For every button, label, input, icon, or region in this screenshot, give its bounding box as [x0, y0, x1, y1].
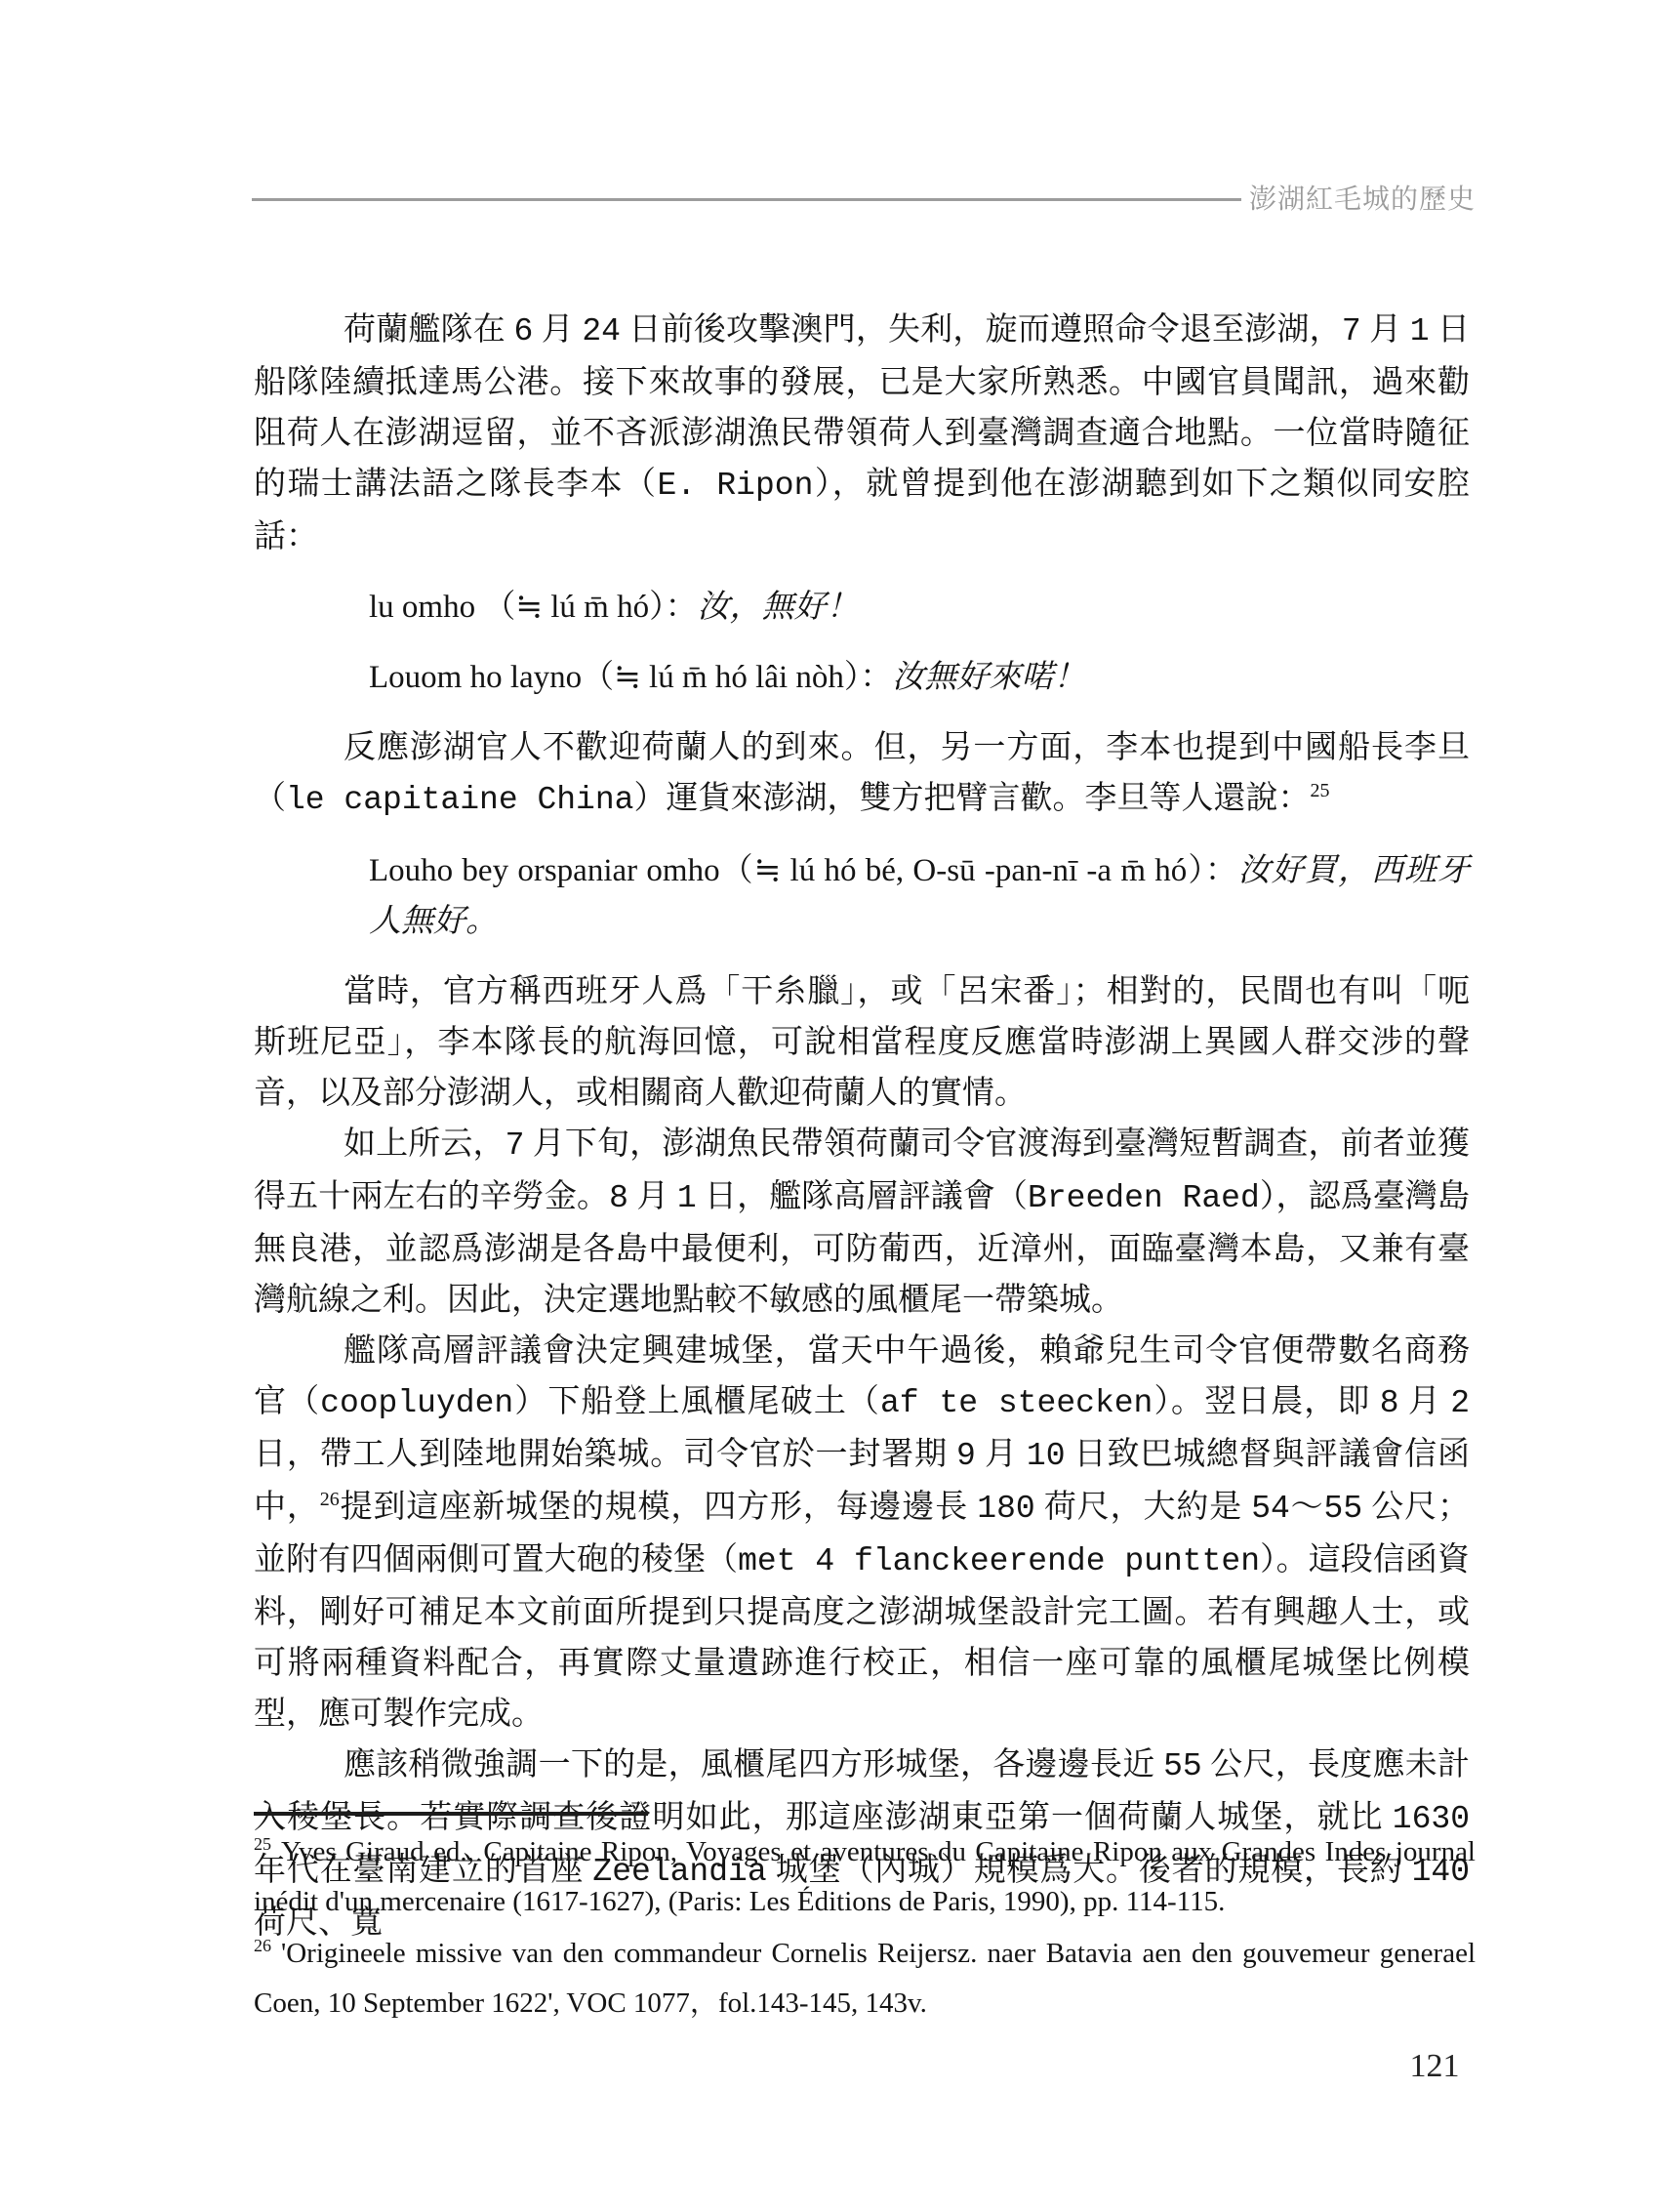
quote-line: lu omho （≒ lú m̄ hó）：汝，無好！ — [254, 582, 1470, 633]
footnote-number: 25 — [254, 1834, 271, 1854]
running-head-title: 澎湖紅毛城的歷史 — [1230, 178, 1476, 217]
text-run: 日，艦隊高層評議會（ — [697, 1179, 1028, 1214]
text-run: af te steecken — [880, 1385, 1153, 1421]
text-run: 提到這座新城堡的規模，四方形，每邊邊長 — [340, 1490, 978, 1525]
footnotes: 25Yves Giraud ed., Capitaine Ripon, Voya… — [254, 1827, 1476, 2030]
text-run: Louho bey orspaniar omho — [369, 853, 720, 888]
text-run: 9 — [956, 1438, 976, 1474]
text-run: E. Ripon — [657, 468, 813, 504]
text-run: （ — [582, 660, 614, 695]
text-run: Breeden Raed — [1028, 1180, 1260, 1216]
text-run: ）。翌日晨，即 — [1153, 1384, 1379, 1419]
text-run: le capitaine China — [286, 782, 633, 818]
text-run: 7 — [1342, 313, 1361, 349]
running-head-rule — [252, 198, 1241, 201]
text-run: 2 — [1450, 1385, 1470, 1421]
text-run: 荷尺，大約是 — [1035, 1490, 1251, 1525]
text-run: 月 — [628, 1179, 677, 1214]
text-run: 月 — [1399, 1384, 1451, 1419]
text-run: 月 — [1361, 312, 1410, 348]
text-run: 當時，官方稱西班牙人爲「干糸臘」，或「呂宋番」；相對的，民間也有叫「呃斯班尼亞」… — [254, 974, 1470, 1111]
text-run: ）： — [1187, 853, 1238, 888]
paragraph: 艦隊高層評議會決定興建城堡，當天中午過後，賴爺兒生司令官便帶數名商務官（coop… — [254, 1326, 1470, 1740]
text-run: 應該稍微強調一下的是，風櫃尾四方形城堡，各邊邊長近 — [344, 1747, 1163, 1782]
text-run: 月 — [976, 1437, 1027, 1472]
quote-line: Louom ho layno（≒ lú m̄ hó lâi nòh）：汝無好來喏… — [254, 652, 1470, 703]
footnote: 26'Origineele missive van den commandeur… — [254, 1929, 1476, 2028]
text-run: 10 — [1027, 1438, 1066, 1474]
text-run: Yves Giraud ed., Capitaine Ripon, Voyage… — [254, 1836, 1476, 1917]
text-run: 55 — [1163, 1748, 1202, 1784]
text-run: 25 — [1310, 780, 1329, 801]
text-run: 54 — [1251, 1491, 1290, 1527]
text-run: ）下船登上風櫃尾破土（ — [513, 1384, 880, 1419]
text-run: 180 — [977, 1491, 1034, 1527]
text-run: 汝，無好！ — [698, 590, 859, 625]
text-run: 8 — [609, 1180, 628, 1216]
text-run: 如上所云， — [344, 1126, 506, 1162]
footnote-number: 26 — [254, 1936, 271, 1955]
text-run: ≒ lú m̄ hó lâi nòh — [614, 660, 844, 695]
text-run: ， — [690, 1987, 718, 2019]
text-run: ）： — [649, 590, 698, 625]
text-run: 日，帶工人到陸地開始築城。司令官於一封署期 — [254, 1437, 956, 1472]
text-run: ）： — [844, 660, 893, 695]
text-run: ）運貨來澎湖，雙方把臂言歡。李旦等人還說： — [633, 781, 1310, 816]
text-run: 荷蘭艦隊在 — [344, 312, 513, 348]
text-run: ≒ lú hó bé, O-sū -pan-nī -a m̄ hó — [754, 853, 1188, 888]
footnote-separator — [254, 1812, 648, 1816]
text-run: fol.143-145, 143v. — [718, 1987, 927, 2019]
text-run: 月 — [533, 312, 582, 348]
text-run: 8 — [1380, 1385, 1399, 1421]
paragraph: 如上所云，7 月下旬，澎湖魚民帶領荷蘭司令官渡海到臺灣短暫調查，前者並獲得五十兩… — [254, 1119, 1470, 1326]
book-page: 澎湖紅毛城的歷史 荷蘭艦隊在 6 月 24 日前後攻擊澳門，失利，旋而遵照命令退… — [0, 0, 1659, 2212]
text-run: 26 — [320, 1489, 340, 1510]
text-run: met 4 flanckeerende puntten — [738, 1543, 1260, 1579]
text-run: 24 — [582, 313, 621, 349]
body-text: 荷蘭艦隊在 6 月 24 日前後攻擊澳門，失利，旋而遵照命令退至澎湖，7 月 1… — [254, 305, 1470, 1948]
paragraph: 荷蘭艦隊在 6 月 24 日前後攻擊澳門，失利，旋而遵照命令退至澎湖，7 月 1… — [254, 305, 1470, 562]
text-run: 7 — [506, 1127, 525, 1164]
text-run: coopluyden — [320, 1385, 513, 1421]
paragraph: 反應澎湖官人不歡迎荷蘭人的到來。但，另一方面，李本也提到中國船長李旦（le ca… — [254, 722, 1470, 826]
text-run: lu omho — [369, 590, 483, 625]
text-run: （ — [720, 853, 754, 888]
page-number: 121 — [1391, 2048, 1478, 2085]
text-run: 55 — [1324, 1491, 1363, 1527]
text-run: 6 — [513, 313, 533, 349]
text-run: 汝無好來喏！ — [892, 660, 1085, 695]
footnote: 25Yves Giraud ed., Capitaine Ripon, Voya… — [254, 1827, 1476, 1927]
text-run: ≒ lú m̄ hó — [515, 590, 649, 625]
quote-line: Louho bey orspaniar omho（≒ lú hó bé, O-s… — [254, 845, 1470, 947]
paragraph: 當時，官方稱西班牙人爲「干糸臘」，或「呂宋番」；相對的，民間也有叫「呃斯班尼亞」… — [254, 966, 1470, 1119]
text-run: 1 — [1410, 313, 1430, 349]
text-run: ～ — [1290, 1490, 1324, 1525]
text-run: Louom ho layno — [369, 660, 582, 695]
text-run: （ — [483, 590, 515, 625]
text-run: 日前後攻擊澳門，失利，旋而遵照命令退至澎湖， — [621, 312, 1342, 348]
text-run: 1 — [677, 1180, 697, 1216]
